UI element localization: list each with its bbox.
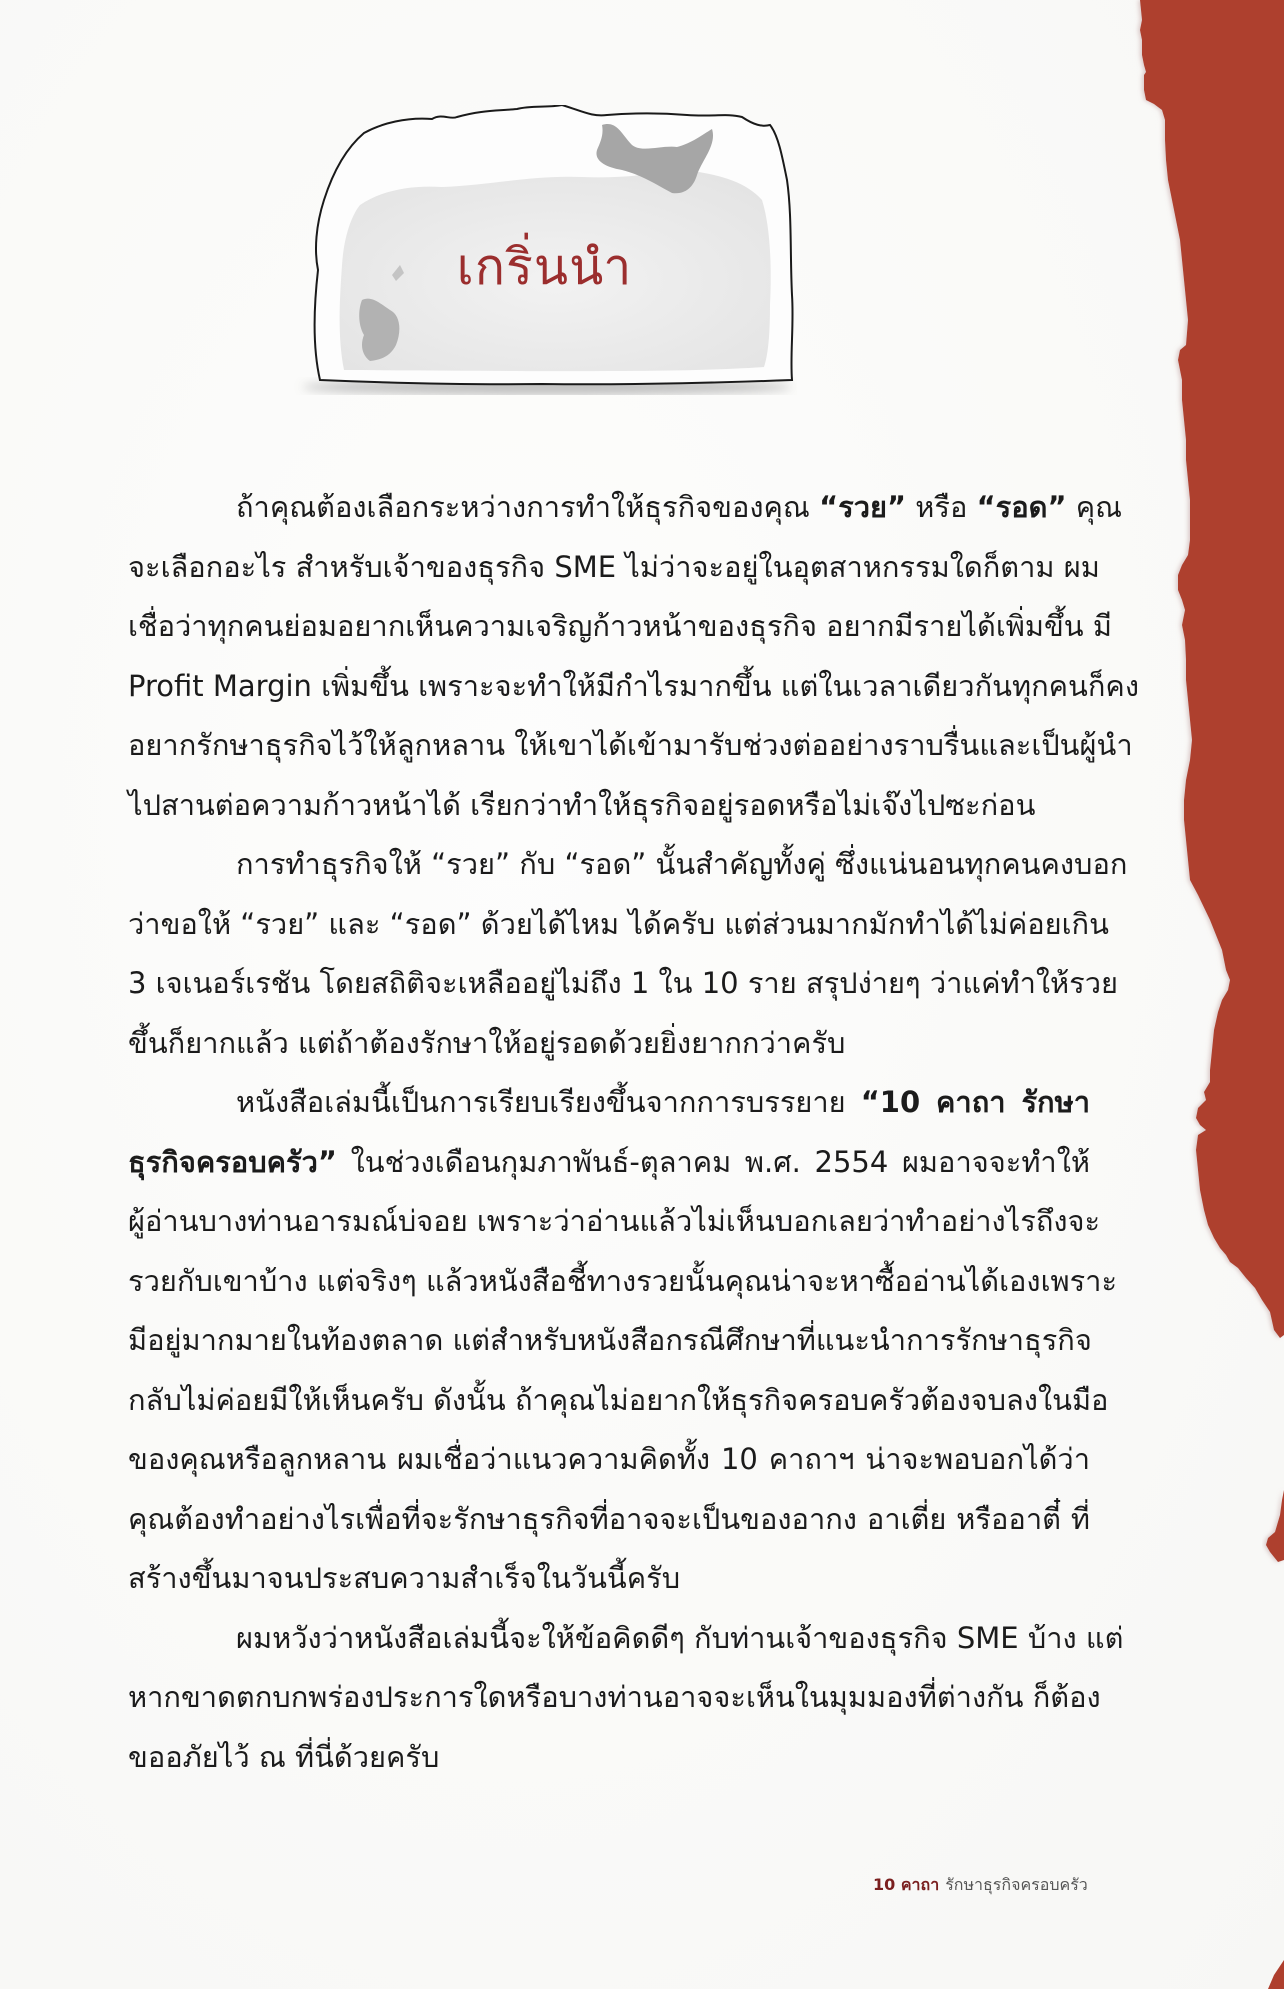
text: ผมหวังว่าหนังสือเล่มนี้จะให้ข้อคิดดีๆ กั… <box>236 1621 1123 1655</box>
text: อยากรักษาธุรกิจไว้ให้ลูกหลาน ให้เขาได้เข… <box>128 728 1133 762</box>
text: ว่าขอให้ “รวย” และ “รอด” ด้วยได้ไหม ได้ค… <box>128 907 1109 941</box>
text: การทำธุรกิจให้ “รวย” กับ “รอด” นั้นสำคัญ… <box>236 847 1127 881</box>
text-line: กลับไม่ค่อยมีให้เห็นครับ ดังนั้น ถ้าคุณไ… <box>128 1371 1090 1431</box>
text-line: 3 เจเนอร์เรชัน โดยสถิติจะเหลืออยู่ไม่ถึง… <box>128 954 1090 1014</box>
book-page: เกริ่นนำ ถ้าคุณต้องเลือกระหว่างการทำให้ธ… <box>0 0 1284 1989</box>
footer-book-title: รักษาธุรกิจครอบครัว <box>945 1875 1088 1894</box>
footer-book-number: 10 คาถา <box>873 1875 939 1894</box>
text-line: ผมหวังว่าหนังสือเล่มนี้จะให้ข้อคิดดีๆ กั… <box>128 1609 1090 1669</box>
page-title: เกริ่นนำ <box>292 228 797 307</box>
text-line: ของคุณหรือลูกหลาน ผมเชื่อว่าแนวความคิดทั… <box>128 1430 1090 1490</box>
text-line: ว่าขอให้ “รวย” และ “รอด” ด้วยได้ไหม ได้ค… <box>128 895 1090 955</box>
text: จะเลือกอะไร สำหรับเจ้าของธุรกิจ SME ไม่ว… <box>128 550 1100 584</box>
bold-text: ธุรกิจครอบครัว” <box>128 1145 337 1179</box>
text: หรือ <box>906 490 977 524</box>
title-plaque: เกริ่นนำ <box>292 105 797 395</box>
text-line: มีอยู่มากมายในท้องตลาด แต่สำหรับหนังสือก… <box>128 1311 1090 1371</box>
text-line: ไปสานต่อความก้าวหน้าได้ เรียกว่าทำให้ธุร… <box>128 776 1090 836</box>
text-line: การทำธุรกิจให้ “รวย” กับ “รอด” นั้นสำคัญ… <box>128 835 1090 895</box>
page-footer: 10 คาถารักษาธุรกิจครอบครัว <box>873 1873 1088 1898</box>
text-line: จะเลือกอะไร สำหรับเจ้าของธุรกิจ SME ไม่ว… <box>128 538 1090 598</box>
text-line: ธุรกิจครอบครัว” ในช่วงเดือนกุมภาพันธ์-ตุ… <box>128 1133 1090 1193</box>
text-line: อยากรักษาธุรกิจไว้ให้ลูกหลาน ให้เขาได้เข… <box>128 716 1090 776</box>
bold-text: “รวย” <box>819 490 906 524</box>
text: ไปสานต่อความก้าวหน้าได้ เรียกว่าทำให้ธุร… <box>128 788 1035 822</box>
paragraph: หนังสือเล่มนี้เป็นการเรียบเรียงขึ้นจากกา… <box>128 1073 1090 1609</box>
text: หากขาดตกบกพร่องประการใดหรือบางท่านอาจจะเ… <box>128 1680 1101 1714</box>
text: Profit Margin เพิ่มขึ้น เพราะจะทำให้มีกำ… <box>128 669 1139 703</box>
text-line: ผู้อ่านบางท่านอารมณ์บ่จอย เพราะว่าอ่านแล… <box>128 1192 1090 1252</box>
text: ถ้าคุณต้องเลือกระหว่างการทำให้ธุรกิจของค… <box>236 490 819 524</box>
text-line: หนังสือเล่มนี้เป็นการเรียบเรียงขึ้นจากกา… <box>128 1073 1090 1133</box>
text-line: ขออภัยไว้ ณ ที่นี่ด้วยครับ <box>128 1728 1090 1788</box>
bold-text: “10 คาถา รักษา <box>861 1085 1090 1119</box>
text: ขออภัยไว้ ณ ที่นี่ด้วยครับ <box>128 1740 439 1774</box>
text: รวยกับเขาบ้าง แต่จริงๆ แล้วหนังสือชี้ทาง… <box>128 1264 1117 1298</box>
text: เชื่อว่าทุกคนย่อมอยากเห็นความเจริญก้าวหน… <box>128 609 1112 643</box>
text: ผู้อ่านบางท่านอารมณ์บ่จอย เพราะว่าอ่านแล… <box>128 1204 1100 1238</box>
text: ขึ้นก็ยากแล้ว แต่ถ้าต้องรักษาให้อยู่รอดด… <box>128 1026 845 1060</box>
paragraph: ผมหวังว่าหนังสือเล่มนี้จะให้ข้อคิดดีๆ กั… <box>128 1609 1090 1788</box>
text-line: Profit Margin เพิ่มขึ้น เพราะจะทำให้มีกำ… <box>128 657 1090 717</box>
text: กลับไม่ค่อยมีให้เห็นครับ ดังนั้น ถ้าคุณไ… <box>128 1383 1108 1417</box>
bold-text: “รอด” <box>977 490 1067 524</box>
text-line: สร้างขึ้นมาจนประสบความสำเร็จในวันนี้ครับ <box>128 1549 1090 1609</box>
torn-red-edge-decoration <box>1130 0 1284 1989</box>
text-line: ขึ้นก็ยากแล้ว แต่ถ้าต้องรักษาให้อยู่รอดด… <box>128 1014 1090 1074</box>
text: สร้างขึ้นมาจนประสบความสำเร็จในวันนี้ครับ <box>128 1561 680 1595</box>
text-line: หากขาดตกบกพร่องประการใดหรือบางท่านอาจจะเ… <box>128 1668 1090 1728</box>
text: คุณ <box>1067 490 1123 524</box>
text: มีอยู่มากมายในท้องตลาด แต่สำหรับหนังสือก… <box>128 1323 1092 1357</box>
text: 3 เจเนอร์เรชัน โดยสถิติจะเหลืออยู่ไม่ถึง… <box>128 966 1118 1000</box>
text-line: ถ้าคุณต้องเลือกระหว่างการทำให้ธุรกิจของค… <box>128 478 1090 538</box>
text: ของคุณหรือลูกหลาน ผมเชื่อว่าแนวความคิดทั… <box>128 1442 1090 1476</box>
text-line: รวยกับเขาบ้าง แต่จริงๆ แล้วหนังสือชี้ทาง… <box>128 1252 1090 1312</box>
text-line: คุณต้องทำอย่างไรเพื่อที่จะรักษาธุรกิจที่… <box>128 1490 1090 1550</box>
paragraph: ถ้าคุณต้องเลือกระหว่างการทำให้ธุรกิจของค… <box>128 478 1090 835</box>
paragraph: การทำธุรกิจให้ “รวย” กับ “รอด” นั้นสำคัญ… <box>128 835 1090 1073</box>
body-text: ถ้าคุณต้องเลือกระหว่างการทำให้ธุรกิจของค… <box>128 478 1090 1787</box>
text: ในช่วงเดือนกุมภาพันธ์-ตุลาคม พ.ศ. 2554 ผ… <box>337 1145 1090 1179</box>
text: หนังสือเล่มนี้เป็นการเรียบเรียงขึ้นจากกา… <box>236 1085 861 1119</box>
text: คุณต้องทำอย่างไรเพื่อที่จะรักษาธุรกิจที่… <box>128 1502 1090 1536</box>
text-line: เชื่อว่าทุกคนย่อมอยากเห็นความเจริญก้าวหน… <box>128 597 1090 657</box>
